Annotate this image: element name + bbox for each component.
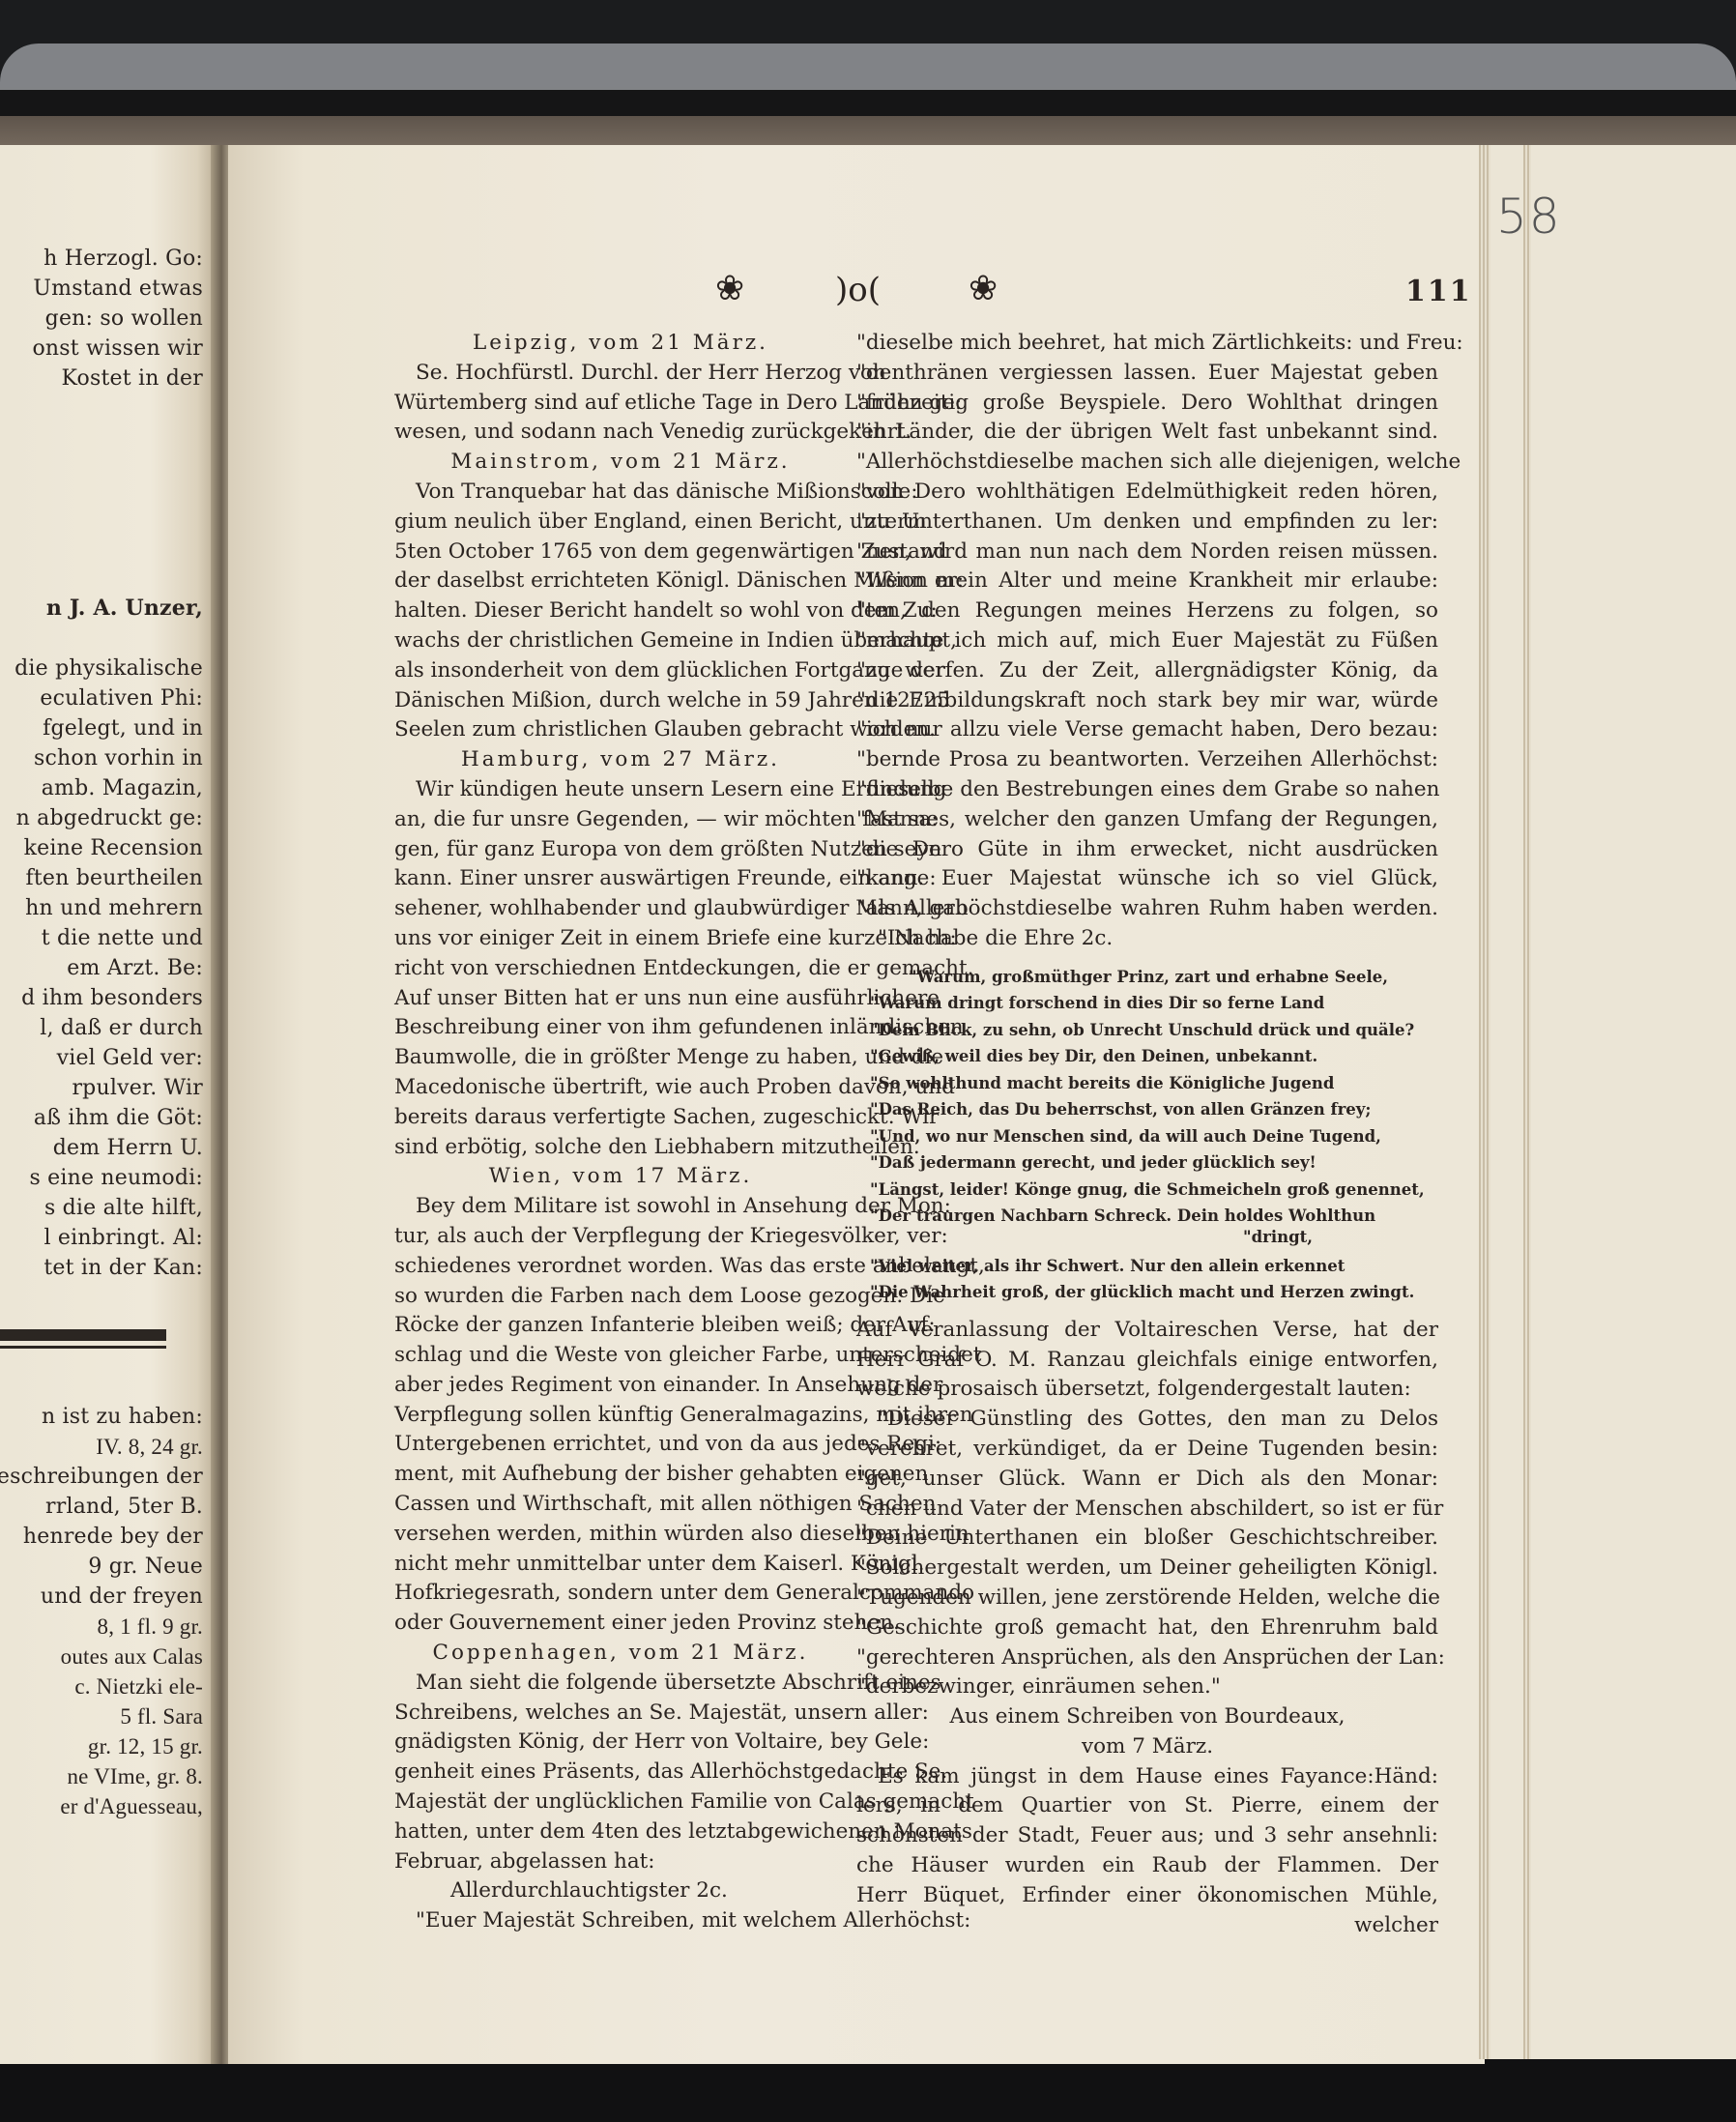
text-line: "Deine Unterthanen ein bloßer Geschichts… bbox=[856, 1524, 1438, 1554]
section-rule-thick bbox=[0, 1329, 166, 1341]
text-line: Es kam jüngst in dem Hause eines Fayance… bbox=[856, 1762, 1438, 1792]
left-line: rpulver. Wir bbox=[0, 1073, 203, 1103]
verse-line: "Und, wo nur Menschen sind, da will auch… bbox=[856, 1123, 1438, 1150]
dateline-bourdeaux-date: vom 7 März. bbox=[856, 1732, 1438, 1762]
text-line: kann. Einer unsrer auswärtigen Freunde, … bbox=[394, 864, 847, 894]
left-line: 9 gr. Neue bbox=[0, 1552, 203, 1582]
verse-block: "Warum, großmüthger Prinz, zart und erha… bbox=[856, 964, 1438, 1306]
text-line: "verehret, verkündiget, da er Deine Tuge… bbox=[856, 1435, 1438, 1465]
letter-line: "nen, wird man nun nach dem Norden reise… bbox=[856, 538, 1438, 567]
text-line: Verpflegung sollen künftig Generalmagazi… bbox=[394, 1401, 847, 1431]
verse-line: "Das Reich, das Du beherrschst, von alle… bbox=[856, 1096, 1438, 1123]
salutation: Allerdurchlauchtigster 2c. bbox=[394, 1876, 847, 1906]
letter-line: "dieselbe den Bestrebungen eines dem Gra… bbox=[856, 775, 1438, 805]
text-line: oder Gouvernement einer jeden Provinz st… bbox=[394, 1609, 847, 1639]
verse-line: "Viel weiter, als ihr Schwert. Nur den a… bbox=[856, 1253, 1438, 1280]
left-line: Umstand etwas bbox=[0, 274, 203, 304]
verse-line: "So wohlthund macht bereits die Königlic… bbox=[856, 1070, 1438, 1097]
letter-line: "denthränen vergiessen lassen. Euer Maje… bbox=[856, 359, 1438, 389]
verse-continuation: "dringt, bbox=[856, 1230, 1438, 1245]
left-page: h Herzogl. Go: Umstand etwas gen: so wol… bbox=[0, 145, 215, 2064]
left-line: aß ihm die Göt: bbox=[0, 1103, 203, 1133]
left-line: s eine neumodi: bbox=[0, 1163, 203, 1193]
section-rule-thin bbox=[0, 1346, 166, 1349]
left-line: n ist zu haben: bbox=[0, 1402, 203, 1432]
text-line: nicht mehr unmittelbar unter dem Kaiserl… bbox=[394, 1550, 847, 1580]
text-line: wachs der christlichen Gemeine in Indien… bbox=[394, 626, 847, 656]
column-left: Leipzig, vom 21 März. Se. Hochfürstl. Du… bbox=[394, 329, 847, 1936]
text-line: Beschreibung einer von ihm gefundenen in… bbox=[394, 1013, 847, 1043]
verse-line: "Dein Blick, zu sehn, ob Unrecht Unschul… bbox=[856, 1017, 1438, 1044]
left-line: h Herzogl. Go: bbox=[0, 244, 203, 274]
text-line: Herr Büquet, Erfinder einer ökonomischen… bbox=[856, 1881, 1438, 1911]
text-line: Wir kündigen heute unsern Lesern eine Er… bbox=[394, 775, 847, 805]
text-line: Se. Hochfürstl. Durchl. der Herr Herzog … bbox=[394, 359, 847, 389]
left-line: henrede bey der bbox=[0, 1522, 203, 1552]
left-line: t die nette und bbox=[0, 923, 203, 953]
left-line: amb. Magazin, bbox=[0, 773, 203, 803]
column-right: "dieselbe mich beehret, hat mich Zärtlic… bbox=[856, 329, 1438, 1940]
verse-line: "Der traurgen Nachbarn Schreck. Dein hol… bbox=[856, 1203, 1438, 1230]
dateline-leipzig: Leipzig, vom 21 März. bbox=[394, 329, 847, 359]
running-header: ❀ )o( ❀ 111 bbox=[228, 269, 1485, 317]
left-line: tet in der Kan: bbox=[0, 1253, 203, 1283]
header-separator: )o( bbox=[835, 271, 881, 309]
text-line: "derbezwinger, einräumen sehen." bbox=[856, 1672, 1438, 1702]
text-line: Bey dem Militare ist sowohl in Ansehung … bbox=[394, 1192, 847, 1222]
verse-line: "Daß jedermann gerecht, und jeder glückl… bbox=[856, 1149, 1438, 1177]
text-line: Schreibens, welches an Se. Majestät, uns… bbox=[394, 1699, 847, 1729]
left-line: n abgedruckt ge: bbox=[0, 803, 203, 833]
left-line: c. Nietzki ele- bbox=[0, 1671, 203, 1701]
text-line: gen, für ganz Europa von dem größten Nut… bbox=[394, 835, 847, 865]
left-line: ne VIme, gr. 8. bbox=[0, 1761, 203, 1791]
left-line: hn und mehrern bbox=[0, 893, 203, 923]
letter-line: "Mannes, welcher den ganzen Umfang der R… bbox=[856, 805, 1438, 835]
left-line: rrland, 5ter B. bbox=[0, 1492, 203, 1522]
letter-line: "Allerhöchstdieselbe machen sich alle di… bbox=[856, 448, 1438, 478]
text-line: tur, als auch der Verpflegung der Kriege… bbox=[394, 1222, 847, 1252]
left-line: ften beurtheilen bbox=[0, 863, 203, 893]
text-line: gium neulich über England, einen Bericht… bbox=[394, 508, 847, 538]
text-line: Hofkriegesrath, sondern unter dem Genera… bbox=[394, 1579, 847, 1609]
text-line: Februar, abgelassen hat: bbox=[394, 1847, 847, 1877]
folio-number: 111 bbox=[1405, 275, 1472, 308]
dateline-bourdeaux: Aus einem Schreiben von Bourdeaux, bbox=[856, 1702, 1438, 1732]
letter-line: "ten, den Regungen meines Herzens zu fol… bbox=[856, 596, 1438, 626]
left-line: n J. A. Unzer, bbox=[0, 594, 203, 624]
left-line: l einbringt. Al: bbox=[0, 1223, 203, 1253]
text-line: Cassen und Wirthschaft, mit allen nöthig… bbox=[394, 1490, 847, 1520]
text-line: wesen, und sodann nach Venedig zurückgek… bbox=[394, 418, 847, 448]
left-line: d ihm besonders bbox=[0, 983, 203, 1013]
letter-line: "zu werfen. Zu der Zeit, allergnädigster… bbox=[856, 656, 1438, 686]
text-line: "Euer Majestät Schreiben, mit welchem Al… bbox=[394, 1906, 847, 1936]
text-line: Von Tranquebar hat das dänische Mißionsc… bbox=[394, 478, 847, 508]
text-line: "chen und Vater der Menschen abschildert… bbox=[856, 1495, 1438, 1525]
left-line: outes aux Calas bbox=[0, 1642, 203, 1671]
text-line: schiedenes verordnet worden. Was das ers… bbox=[394, 1252, 847, 1282]
text-line: "Geschichte groß gemacht hat, den Ehrenr… bbox=[856, 1613, 1438, 1643]
letter-line: "dieselbe mich beehret, hat mich Zärtlic… bbox=[856, 329, 1438, 359]
left-line: dem Herrn U. bbox=[0, 1133, 203, 1163]
left-page-author: n J. A. Unzer, bbox=[0, 594, 203, 624]
page-edge-strip bbox=[1479, 145, 1490, 2059]
left-line: keine Recension bbox=[0, 833, 203, 863]
text-line: schönsten der Stadt, Feuer aus; und 3 se… bbox=[856, 1821, 1438, 1851]
verse-line: "Gewiß, weil dies bey Dir, den Deinen, u… bbox=[856, 1043, 1438, 1070]
left-line: viel Geld ver: bbox=[0, 1043, 203, 1073]
left-page-body-block: die physikalische eculativen Phi: fgeleg… bbox=[0, 654, 203, 1283]
text-line: Man sieht die folgende übersetzte Abschr… bbox=[394, 1669, 847, 1699]
left-line: IV. 8, 24 gr. bbox=[0, 1432, 203, 1462]
left-line: er d'Aguesseau, bbox=[0, 1791, 203, 1821]
text-line: welche prosaisch übersetzt, folgenderges… bbox=[856, 1375, 1438, 1405]
text-line: Auf Veranlassung der Voltaireschen Verse… bbox=[856, 1316, 1438, 1346]
letter-line: "kann. Euer Majestat wünsche ich so viel… bbox=[856, 864, 1438, 894]
letter-line: "in Länder, die der übrigen Welt fast un… bbox=[856, 418, 1438, 448]
shell-ornament-icon: ❀ bbox=[969, 269, 998, 308]
text-line: sehener, wohlhabender und glaubwürdiger … bbox=[394, 894, 847, 924]
verse-line: "Warum dringt forschend in dies Dir so f… bbox=[856, 990, 1438, 1017]
text-line: halten. Dieser Bericht handelt so wohl v… bbox=[394, 596, 847, 626]
letter-line: "die Dero Güte in ihm erwecket, nicht au… bbox=[856, 835, 1438, 865]
text-line: Dänischen Mißion, durch welche in 59 Jah… bbox=[394, 686, 847, 716]
text-line: Seelen zum christlichen Glauben gebracht… bbox=[394, 715, 847, 745]
left-line: und der freyen bbox=[0, 1582, 203, 1612]
left-line: onst wissen wir bbox=[0, 334, 203, 363]
letter-line: "ich nur allzu viele Verse gemacht haben… bbox=[856, 715, 1438, 745]
left-line: schon vorhin in bbox=[0, 743, 203, 773]
left-line: eculativen Phi: bbox=[0, 683, 203, 713]
letter-line: "Wenn mein Alter und meine Krankheit mir… bbox=[856, 567, 1438, 596]
text-line: ment, mit Aufhebung der bisher gehabten … bbox=[394, 1460, 847, 1490]
left-page-top-block: h Herzogl. Go: Umstand etwas gen: so wol… bbox=[0, 244, 203, 393]
text-line: uns vor einiger Zeit in einem Briefe ein… bbox=[394, 924, 847, 954]
archive-page-number: 58 bbox=[1496, 189, 1562, 245]
dateline-coppenhagen: Coppenhagen, vom 21 März. bbox=[394, 1639, 847, 1669]
left-line: fgelegt, und in bbox=[0, 713, 203, 743]
text-line: lers, in dem Quartier von St. Pierre, ei… bbox=[856, 1791, 1438, 1821]
page-fore-edge bbox=[1479, 145, 1736, 2059]
text-line: Herr Graf O. M. Ranzau gleichfals einige… bbox=[856, 1346, 1438, 1376]
verse-line: "Warum, großmüthger Prinz, zart und erha… bbox=[856, 964, 1438, 991]
verse-line: "Längst, leider! Könge gnug, die Schmeic… bbox=[856, 1177, 1438, 1204]
catchword: welcher bbox=[856, 1911, 1438, 1941]
text-line: richt von verschiednen Entdeckungen, die… bbox=[394, 954, 847, 984]
left-line: 8, 1 fl. 9 gr. bbox=[0, 1612, 203, 1642]
page-edge-strip bbox=[1523, 145, 1531, 2059]
text-line: so wurden die Farben nach dem Loose gezo… bbox=[394, 1282, 847, 1312]
letter-line: "von Dero wohlthätigen Edelmüthigkeit re… bbox=[856, 478, 1438, 508]
left-line: eschreibungen der bbox=[0, 1462, 203, 1492]
dateline-mainstrom: Mainstrom, vom 21 März. bbox=[394, 448, 847, 478]
letter-line: "bernde Prosa zu beantworten. Verzeihen … bbox=[856, 745, 1438, 775]
text-line: "Dieser Günstling des Gottes, den man zu… bbox=[856, 1405, 1438, 1435]
left-line: 5 fl. Sara bbox=[0, 1701, 203, 1731]
text-line: sind erbötig, solche den Liebhabern mitz… bbox=[394, 1133, 847, 1163]
verse-line: "Die Wahrheit groß, der glücklich macht … bbox=[856, 1279, 1438, 1306]
text-line: 5ten October 1765 von dem gegenwärtigen … bbox=[394, 538, 847, 567]
left-line: l, daß er durch bbox=[0, 1013, 203, 1043]
text-line: Majestät der unglücklichen Familie von C… bbox=[394, 1788, 847, 1817]
scan-background-bottom bbox=[0, 2059, 1736, 2122]
left-page-booklist: n ist zu haben: IV. 8, 24 gr. eschreibun… bbox=[0, 1402, 203, 1821]
text-line: "gerechteren Ansprüchen, als den Ansprüc… bbox=[856, 1643, 1438, 1673]
dateline-hamburg: Hamburg, vom 27 März. bbox=[394, 745, 847, 775]
text-line: Baumwolle, die in größter Menge zu haben… bbox=[394, 1043, 847, 1073]
text-line: an, die fur unsre Gegenden, — wir möchte… bbox=[394, 805, 847, 835]
letter-line: "machte ich mich auf, mich Euer Majestät… bbox=[856, 626, 1438, 656]
text-line: Macedonische übertrift, wie auch Proben … bbox=[394, 1073, 847, 1103]
text-line: gnädigsten König, der Herr von Voltaire,… bbox=[394, 1728, 847, 1758]
dateline-wien: Wien, vom 17 März. bbox=[394, 1162, 847, 1192]
left-line: gr. 12, 15 gr. bbox=[0, 1731, 203, 1761]
left-line: s die alte hilft, bbox=[0, 1193, 203, 1223]
letter-closing: "Ich habe die Ehre 2c. bbox=[856, 924, 1438, 954]
text-line: aber jedes Regiment von einander. In Ans… bbox=[394, 1371, 847, 1401]
book-headband bbox=[0, 44, 1736, 90]
text-line: che Häuser wurden ein Raub der Flammen. … bbox=[856, 1851, 1438, 1881]
left-line: Kostet in der bbox=[0, 363, 203, 393]
text-line: schlag und die Weste von gleicher Farbe,… bbox=[394, 1341, 847, 1371]
text-line: genheit eines Präsents, das Allerhöchstg… bbox=[394, 1758, 847, 1788]
text-line: bereits daraus verfertigte Sachen, zuges… bbox=[394, 1103, 847, 1133]
text-line: "get, unser Glück. Wann er Dich als den … bbox=[856, 1465, 1438, 1495]
text-line: "Solchergestalt werden, um Deiner geheil… bbox=[856, 1554, 1438, 1584]
letter-line: "zu Unterthanen. Um denken und empfinden… bbox=[856, 508, 1438, 538]
left-line: gen: so wollen bbox=[0, 304, 203, 334]
text-line: der daselbst errichteten Königl. Dänisch… bbox=[394, 567, 847, 596]
text-line: hatten, unter dem 4ten des letztabgewich… bbox=[394, 1817, 847, 1847]
left-line: die physikalische bbox=[0, 654, 203, 683]
left-line: em Arzt. Be: bbox=[0, 953, 203, 983]
text-line: Röcke der ganzen Infanterie bleiben weiß… bbox=[394, 1311, 847, 1341]
text-line: Würtemberg sind auf etliche Tage in Dero… bbox=[394, 389, 847, 419]
text-line: als insonderheit von dem glücklichen For… bbox=[394, 656, 847, 686]
letter-line: "frühzeitig große Beyspiele. Dero Wohlth… bbox=[856, 389, 1438, 419]
text-line: Untergebenen errichtet, und von da aus j… bbox=[394, 1430, 847, 1460]
letter-line: "als Allerhöchstdieselbe wahren Ruhm hab… bbox=[856, 894, 1438, 924]
text-line: versehen werden, mithin würden also dies… bbox=[394, 1520, 847, 1550]
text-line: "Tugenden willen, jene zerstörende Helde… bbox=[856, 1584, 1438, 1613]
text-line: Auf unser Bitten hat er uns nun eine aus… bbox=[394, 984, 847, 1014]
shell-ornament-icon: ❀ bbox=[715, 269, 744, 308]
letter-line: "die Einbildungskraft noch stark bey mir… bbox=[856, 686, 1438, 716]
